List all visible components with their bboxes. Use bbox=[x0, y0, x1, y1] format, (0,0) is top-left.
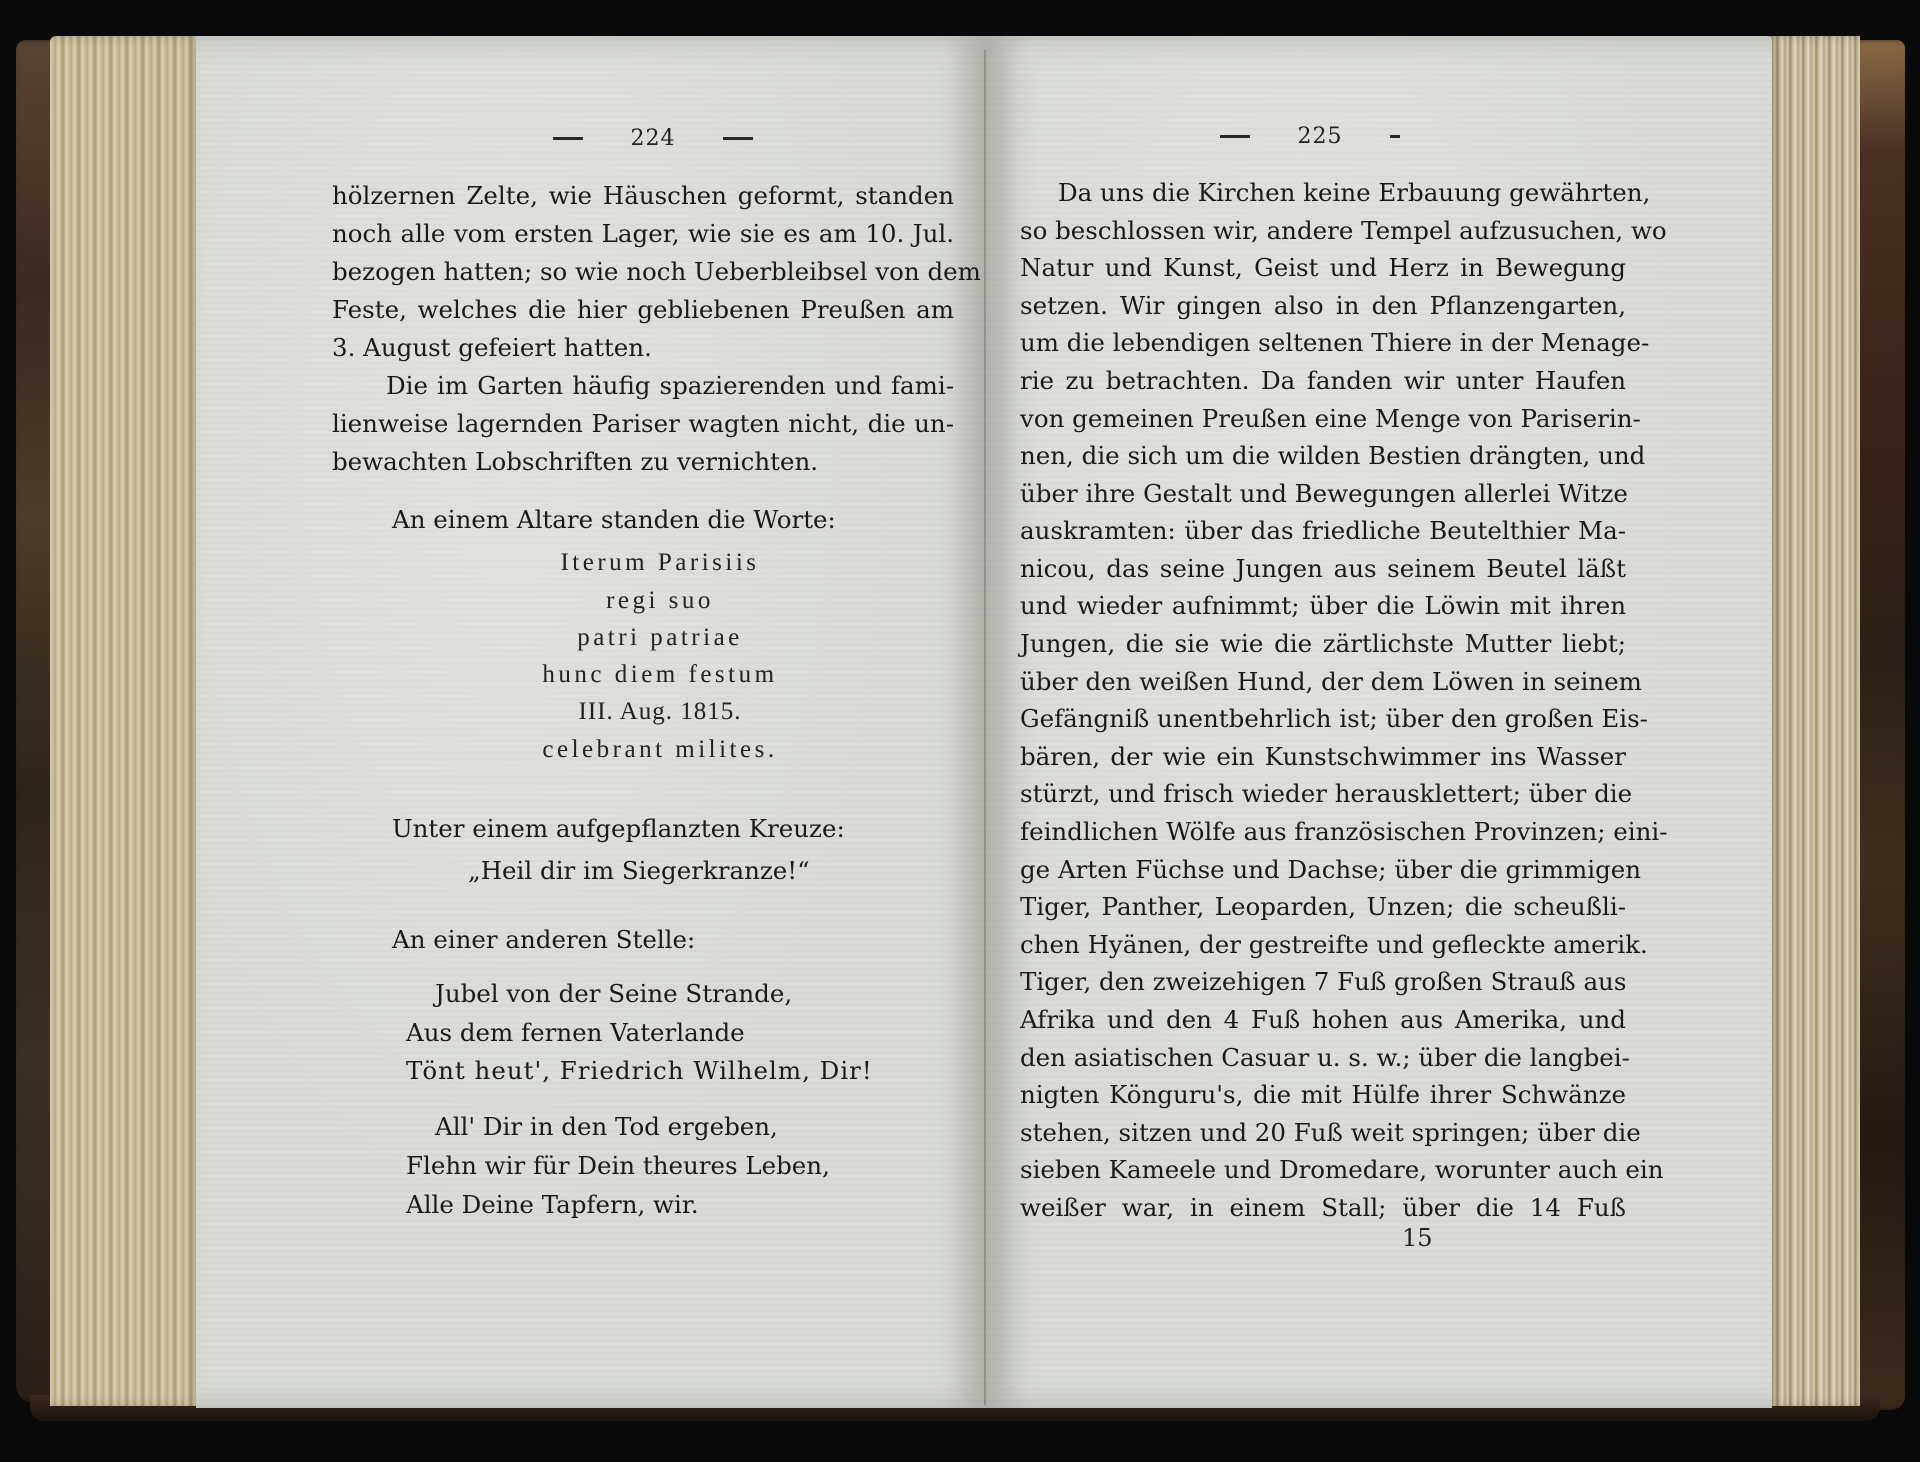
text-line: hölzernen Zelte, wie Häuschen geformt, s… bbox=[332, 181, 954, 211]
text-line: lienweise lagernden Pariser wagten nicht… bbox=[332, 409, 954, 439]
text-line: Tiger, den zweizehigen 7 Fuß großen Stra… bbox=[1020, 967, 1626, 997]
page-edges-right bbox=[1770, 36, 1860, 1406]
text-line: bewachten Lobschriften zu vernichten. bbox=[332, 447, 954, 477]
text-line: weißer war, in einem Stall; über die 14 … bbox=[1020, 1193, 1626, 1223]
text-line: ge Arten Füchse und Dachse; über die gri… bbox=[1020, 855, 1626, 885]
text-line: von gemeinen Preußen eine Menge von Pari… bbox=[1020, 404, 1626, 434]
text-line: setzen. Wir gingen also in den Pflanzeng… bbox=[1020, 291, 1626, 321]
text-line: über den weißen Hund, der dem Löwen in s… bbox=[1020, 667, 1626, 697]
text-line: nen, die sich um die wilden Bestien drän… bbox=[1020, 441, 1626, 471]
page-number-224: 224 bbox=[631, 126, 676, 151]
text-line: chen Hyänen, der gestreifte und gefleckt… bbox=[1020, 930, 1626, 960]
text-line: 3. August gefeiert hatten. bbox=[332, 333, 954, 363]
text-line: den asiatischen Casuar u. s. w.; über di… bbox=[1020, 1043, 1626, 1073]
text-line: Afrika und den 4 Fuß hohen aus Amerika, … bbox=[1020, 1005, 1626, 1035]
text-line: noch alle vom ersten Lager, wie sie es a… bbox=[332, 219, 954, 249]
other-intro: An einer anderen Stelle: bbox=[392, 925, 695, 955]
header-dash-right bbox=[1390, 135, 1400, 138]
inscription-line: celebrant milites. bbox=[360, 736, 960, 764]
page-edges-left bbox=[50, 36, 200, 1406]
text-line: rie zu betrachten. Da fanden wir unter H… bbox=[1020, 366, 1626, 396]
verse-line: Jubel von der Seine Strande, bbox=[435, 979, 792, 1009]
cross-quote: „Heil dir im Siegerkranze!“ bbox=[468, 856, 810, 886]
gutter bbox=[984, 50, 986, 1405]
header-dash-left bbox=[1220, 135, 1250, 138]
header-dash-left bbox=[553, 137, 583, 140]
text-line: Gefängniß unentbehrlich ist; über den gr… bbox=[1020, 704, 1626, 734]
altar-intro: An einem Altare standen die Worte: bbox=[392, 505, 836, 535]
inscription-line: III. Aug. 1815. bbox=[360, 698, 960, 726]
signature-mark: 15 bbox=[1402, 1224, 1433, 1252]
text-line: Feste, welches die hier gebliebenen Preu… bbox=[332, 295, 954, 325]
header-dash-right bbox=[723, 137, 753, 140]
verse-line: All' Dir in den Tod ergeben, bbox=[435, 1112, 778, 1142]
inscription-line: regi suo bbox=[360, 587, 960, 615]
text-line: Die im Garten häufig spazierenden und fa… bbox=[386, 371, 954, 401]
text-line: bezogen hatten; so wie noch Ueberbleibse… bbox=[332, 257, 954, 287]
text-line: auskramten: über das friedliche Beutelth… bbox=[1020, 516, 1626, 546]
page-number-225: 225 bbox=[1298, 124, 1343, 149]
text-line: um die lebendigen seltenen Thiere in der… bbox=[1020, 328, 1626, 358]
text-line: feindlichen Wölfe aus französischen Prov… bbox=[1020, 817, 1626, 847]
text-line: Tiger, Panther, Leoparden, Unzen; die sc… bbox=[1020, 892, 1626, 922]
text-line: über ihre Gestalt und Bewegungen allerle… bbox=[1020, 479, 1626, 509]
text-line: sieben Kameele und Dromedare, worunter a… bbox=[1020, 1155, 1626, 1185]
verse-line: Aus dem fernen Vaterlande bbox=[406, 1018, 745, 1048]
cross-intro: Unter einem aufgepflanzten Kreuze: bbox=[392, 814, 845, 844]
inscription-line: Iterum Parisiis bbox=[360, 549, 960, 577]
text-line: so beschlossen wir, andere Tempel aufzus… bbox=[1020, 216, 1626, 246]
text-line: stürzt, und frisch wieder herausklettert… bbox=[1020, 779, 1626, 809]
inscription-line: patri patriae bbox=[360, 624, 960, 652]
text-line: bären, der wie ein Kunstschwimmer ins Wa… bbox=[1020, 742, 1626, 772]
text-line: stehen, sitzen und 20 Fuß weit springen;… bbox=[1020, 1118, 1626, 1148]
left-page-header: 224 bbox=[553, 126, 753, 151]
verse-line: Tönt heut', Friedrich Wilhelm, Dir! bbox=[406, 1056, 873, 1086]
text-line: nicou, das seine Jungen aus seinem Beute… bbox=[1020, 554, 1626, 584]
text-line: Jungen, die sie wie die zärtlichste Mutt… bbox=[1020, 629, 1626, 659]
text-line: nigten Könguru's, die mit Hülfe ihrer Sc… bbox=[1020, 1080, 1626, 1110]
text-line: Natur und Kunst, Geist und Herz in Beweg… bbox=[1020, 253, 1626, 283]
verse-line: Alle Deine Tapfern, wir. bbox=[406, 1190, 699, 1220]
verse-line: Flehn wir für Dein theures Leben, bbox=[406, 1151, 830, 1181]
inscription-line: hunc diem festum bbox=[360, 661, 960, 689]
right-page-header: 225 bbox=[1220, 124, 1400, 149]
text-line: Da uns die Kirchen keine Erbauung gewähr… bbox=[1058, 178, 1626, 208]
text-line: und wieder aufnimmt; über die Löwin mit … bbox=[1020, 591, 1626, 621]
open-book: 224 hölzernen Zelte, wie Häuschen geform… bbox=[0, 0, 1920, 1462]
